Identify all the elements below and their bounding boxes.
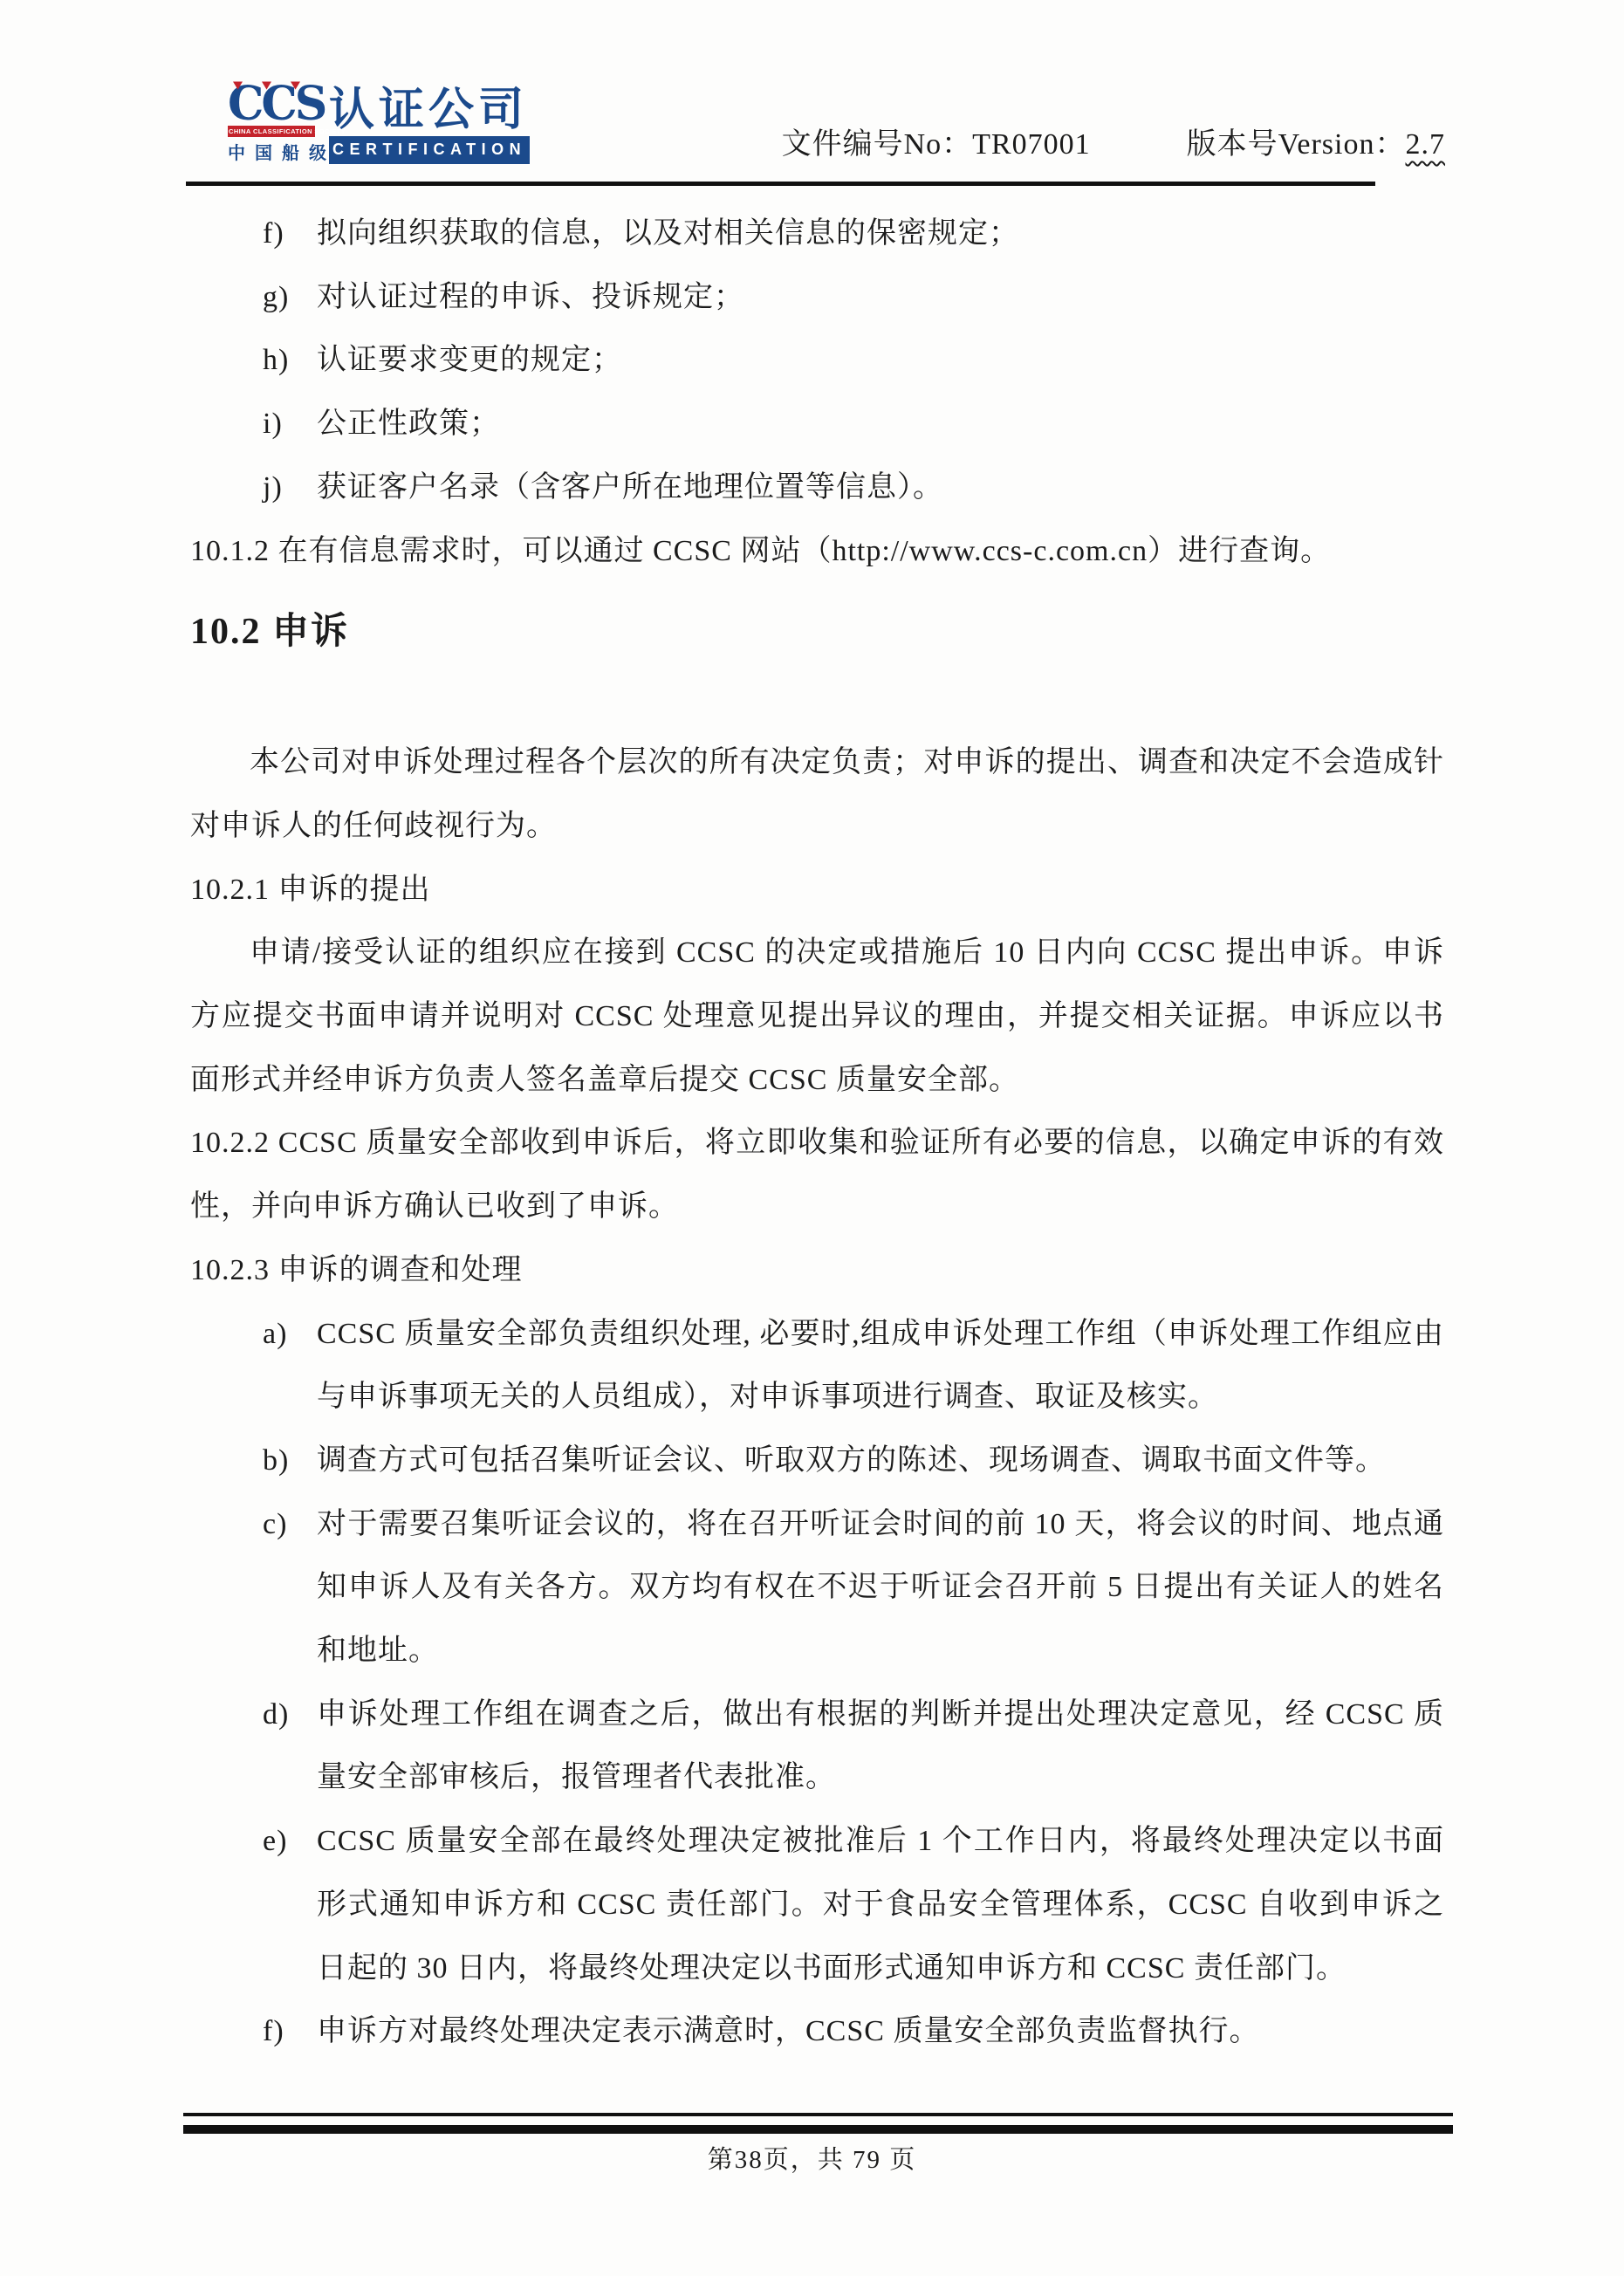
document-body: f) 拟向组织获取的信息，以及对相关信息的保密规定； g) 对认证过程的申诉、投… (190, 202, 1444, 2064)
doc-version: 版本号Version：2.7 (1187, 120, 1445, 162)
doc-info: 文件编号No：TR07001 版本号Version：2.7 (782, 120, 1445, 164)
appeal-step-text: 对于需要召集听证会议的，将在召开听证会时间的前 10 天，将会议的时间、地点通知… (317, 1508, 1444, 1667)
para-10-2-1: 申请/接受认证的组织应在接到 CCSC 的决定或措施后 10 日内向 CCSC … (190, 922, 1444, 1112)
list-item-marker: e) (263, 1810, 287, 1874)
page-header: CCS CHINA CLASSIFICATION SOCIETY 中 国 船 级… (186, 51, 1445, 164)
header-divider (186, 182, 1375, 186)
list-item-text: 拟向组织获取的信息，以及对相关信息的保密规定； (317, 217, 1019, 250)
appeal-step-text: 申诉处理工作组在调查之后，做出有根据的判断并提出处理决定意见，经 CCSC 质量… (317, 1698, 1444, 1794)
document-page: CCS CHINA CLASSIFICATION SOCIETY 中 国 船 级… (0, 0, 1624, 2276)
ccs-logo: CCS CHINA CLASSIFICATION SOCIETY 中 国 船 级… (228, 85, 530, 164)
list-item-marker: d) (263, 1683, 289, 1747)
doc-number-value: TR07001 (972, 128, 1090, 161)
ccs-wordmark: CCS (228, 85, 315, 124)
list-item-text: 对认证过程的申诉、投诉规定； (317, 281, 744, 313)
appeal-step-b: b) 调查方式可包括召集听证会议、听取双方的陈述、现场调查、调取书面文件等。 (190, 1429, 1444, 1493)
list-item-i: i) 公正性政策； (190, 393, 1444, 456)
ccs-logo-right: 认证公司 CERTIFICATION (329, 89, 530, 164)
list-item-marker: c) (263, 1493, 287, 1557)
section-heading-10-2: 10.2 申诉 (190, 609, 1444, 655)
society-name-zh: 中 国 船 级 社 (228, 139, 315, 164)
certification-banner: CERTIFICATION (329, 136, 530, 164)
heading-10-2-3: 10.2.3 申诉的调查和处理 (190, 1239, 1444, 1303)
appeal-step-text: 申诉方对最终处理决定表示满意时，CCSC 质量安全部负责监督执行。 (317, 2015, 1259, 2047)
list-item-marker: f) (263, 202, 284, 266)
footer-divider-thick (183, 2125, 1453, 2134)
list-item-f: f) 拟向组织获取的信息，以及对相关信息的保密规定； (190, 202, 1444, 266)
appeal-step-f: f) 申诉方对最终处理决定表示满意时，CCSC 质量安全部负责监督执行。 (190, 2000, 1444, 2064)
para-appeal-intro: 本公司对申诉处理过程各个层次的所有决定负责；对申诉的提出、调查和决定不会造成针对… (190, 731, 1444, 858)
doc-number: 文件编号No：TR07001 (782, 120, 1091, 162)
para-10-1-2: 10.1.2 在有信息需求时，可以通过 CCSC 网站（http://www.c… (190, 520, 1444, 584)
list-item-marker: j) (263, 456, 283, 520)
para-10-2-2: 10.2.2 CCSC 质量安全部收到申诉后，将立即收集和验证所有必要的信息，以… (190, 1112, 1444, 1238)
list-item-text: 认证要求变更的规定； (317, 344, 622, 376)
list-item-marker: a) (263, 1303, 287, 1367)
ccs-letters: CCS (228, 76, 325, 130)
company-name-zh: 认证公司 (329, 89, 530, 133)
list-item-marker: i) (263, 393, 283, 456)
doc-number-label: 文件编号No： (782, 128, 973, 161)
list-item-j: j) 获证客户名录（含客户所在地理位置等信息）。 (190, 456, 1444, 520)
list-item-marker: f) (263, 2000, 284, 2064)
ccs-logo-left: CCS CHINA CLASSIFICATION SOCIETY 中 国 船 级… (228, 85, 315, 164)
list-item-marker: g) (263, 266, 289, 330)
list-item-marker: b) (263, 1429, 289, 1493)
list-item-marker: h) (263, 329, 289, 393)
appeal-step-text: CCSC 质量安全部在最终处理决定被批准后 1 个工作日内，将最终处理决定以书面… (317, 1825, 1444, 1984)
list-item-h: h) 认证要求变更的规定； (190, 329, 1444, 393)
list-item-g: g) 对认证过程的申诉、投诉规定； (190, 266, 1444, 330)
appeal-step-c: c) 对于需要召集听证会议的，将在召开听证会时间的前 10 天，将会议的时间、地… (190, 1493, 1444, 1683)
list-item-text: 公正性政策； (317, 408, 500, 440)
appeal-step-a: a) CCSC 质量安全部负责组织处理, 必要时,组成申诉处理工作组（申诉处理工… (190, 1303, 1444, 1429)
doc-version-value: 2.7 (1406, 128, 1446, 161)
heading-10-2-1: 10.2.1 申诉的提出 (190, 859, 1444, 922)
footer-divider-thin (183, 2113, 1453, 2116)
appeal-step-d: d) 申诉处理工作组在调查之后，做出有根据的判断并提出处理决定意见，经 CCSC… (190, 1683, 1444, 1810)
appeal-step-text: 调查方式可包括召集听证会议、听取双方的陈述、现场调查、调取书面文件等。 (317, 1444, 1386, 1477)
doc-version-label: 版本号Version： (1187, 128, 1406, 161)
appeal-step-text: CCSC 质量安全部负责组织处理, 必要时,组成申诉处理工作组（申诉处理工作组应… (317, 1318, 1444, 1414)
page-number: 第38页，共 79 页 (0, 2140, 1624, 2176)
appeal-step-e: e) CCSC 质量安全部在最终处理决定被批准后 1 个工作日内，将最终处理决定… (190, 1810, 1444, 2000)
list-item-text: 获证客户名录（含客户所在地理位置等信息）。 (317, 471, 943, 504)
